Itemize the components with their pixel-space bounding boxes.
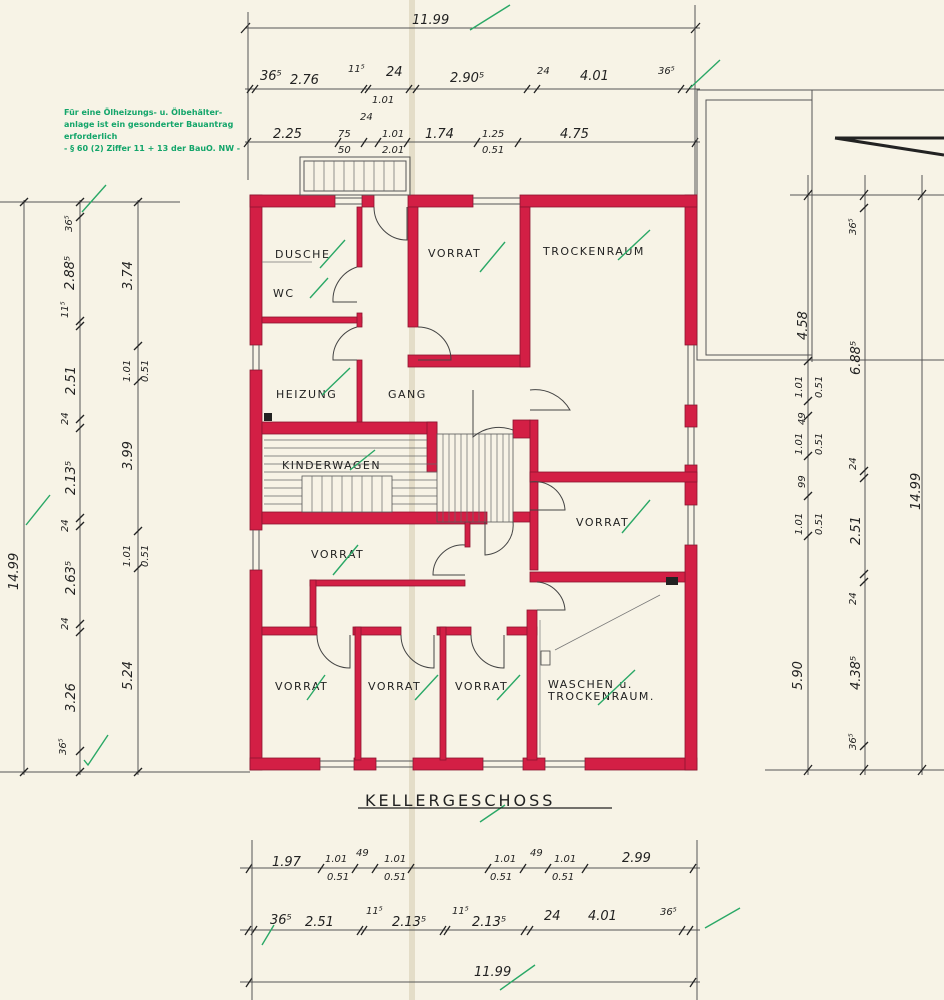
room-label-wc: WC bbox=[273, 287, 295, 300]
svg-text:36⁵: 36⁵ bbox=[64, 215, 75, 232]
svg-text:1.74: 1.74 bbox=[425, 127, 454, 142]
room-label-kinderwagen: KINDERWAGEN bbox=[282, 459, 381, 472]
svg-text:11⁵: 11⁵ bbox=[366, 906, 383, 917]
dim-left-overall: 14.99 bbox=[7, 553, 22, 590]
svg-text:24: 24 bbox=[848, 457, 859, 470]
svg-text:0.51: 0.51 bbox=[482, 145, 504, 156]
svg-text:0.51: 0.51 bbox=[140, 545, 151, 567]
svg-text:0.51: 0.51 bbox=[814, 376, 825, 398]
chimney-marker bbox=[264, 413, 272, 421]
svg-text:24: 24 bbox=[386, 65, 403, 80]
room-label-trockenraum: TROCKENRAUM bbox=[542, 245, 645, 258]
svg-text:2.90⁵: 2.90⁵ bbox=[450, 71, 484, 86]
room-label-vorrat: VORRAT bbox=[311, 548, 364, 561]
dim-top-overall: 11.99 bbox=[412, 13, 449, 28]
svg-text:4.01: 4.01 bbox=[588, 909, 617, 924]
svg-text:0.51: 0.51 bbox=[327, 872, 349, 883]
svg-text:1.01: 1.01 bbox=[794, 433, 805, 455]
svg-text:24: 24 bbox=[537, 66, 550, 77]
svg-text:2.13⁵: 2.13⁵ bbox=[392, 915, 426, 930]
svg-text:1.01: 1.01 bbox=[122, 360, 133, 382]
svg-text:0.51: 0.51 bbox=[384, 872, 406, 883]
svg-text:0.51: 0.51 bbox=[552, 872, 574, 883]
stamp-line: - § 60 (2) Ziffer 11 + 13 der BauO. NW - bbox=[64, 143, 244, 155]
svg-text:24: 24 bbox=[544, 909, 561, 924]
svg-text:1.01: 1.01 bbox=[554, 854, 576, 865]
title-kellergeschoss: KELLERGESCHOSS bbox=[365, 791, 555, 810]
stamp-line: anlage ist ein gesonderter Bauantrag bbox=[64, 119, 244, 131]
svg-text:4.58: 4.58 bbox=[796, 311, 811, 340]
svg-text:2.63⁵: 2.63⁵ bbox=[64, 561, 79, 595]
svg-text:11⁵: 11⁵ bbox=[60, 301, 71, 318]
svg-text:5.90: 5.90 bbox=[791, 661, 806, 690]
svg-text:2.76: 2.76 bbox=[290, 73, 319, 88]
svg-text:36⁵: 36⁵ bbox=[260, 69, 282, 84]
svg-text:2.99: 2.99 bbox=[622, 851, 651, 866]
svg-text:4.75: 4.75 bbox=[560, 127, 589, 142]
svg-text:50: 50 bbox=[338, 145, 351, 156]
chimney-marker bbox=[666, 577, 678, 585]
room-label-vorrat: VORRAT bbox=[576, 516, 629, 529]
svg-text:1.01: 1.01 bbox=[122, 545, 133, 567]
dim-right-overall: 14.99 bbox=[909, 473, 924, 510]
svg-text:49: 49 bbox=[797, 412, 808, 425]
stamp-line: erforderlich bbox=[64, 131, 244, 143]
svg-text:24: 24 bbox=[60, 617, 71, 630]
svg-text:3.26: 3.26 bbox=[64, 683, 79, 712]
svg-text:24: 24 bbox=[848, 592, 859, 605]
room-label-waschen-line2: TROCKENRAUM. bbox=[547, 690, 655, 703]
svg-text:24: 24 bbox=[360, 112, 373, 123]
svg-text:49: 49 bbox=[530, 848, 543, 859]
svg-text:2.51: 2.51 bbox=[64, 366, 79, 395]
svg-text:36⁵: 36⁵ bbox=[848, 733, 859, 750]
svg-text:49: 49 bbox=[356, 848, 369, 859]
svg-text:2.01: 2.01 bbox=[382, 145, 404, 156]
stamp-line: Für eine Ölheizungs- u. Ölbehälter- bbox=[64, 107, 244, 119]
svg-text:1.01: 1.01 bbox=[794, 376, 805, 398]
svg-text:2.51: 2.51 bbox=[849, 516, 864, 545]
room-label-vorrat: VORRAT bbox=[428, 247, 481, 260]
svg-text:3.99: 3.99 bbox=[121, 441, 136, 470]
svg-text:0.51: 0.51 bbox=[140, 360, 151, 382]
dim-bottom-overall: 11.99 bbox=[474, 965, 511, 980]
svg-text:4.38⁵: 4.38⁵ bbox=[849, 656, 864, 690]
svg-text:1.01: 1.01 bbox=[794, 513, 805, 535]
room-label-gang: GANG bbox=[388, 388, 427, 401]
svg-text:24: 24 bbox=[60, 519, 71, 532]
svg-text:3.74: 3.74 bbox=[121, 261, 136, 290]
svg-text:1.01: 1.01 bbox=[382, 129, 404, 140]
svg-text:2.13⁵: 2.13⁵ bbox=[472, 915, 506, 930]
svg-text:1.01: 1.01 bbox=[325, 854, 347, 865]
svg-text:99: 99 bbox=[797, 475, 808, 488]
svg-text:1.01: 1.01 bbox=[494, 854, 516, 865]
svg-text:5.24: 5.24 bbox=[121, 661, 136, 690]
svg-text:2.13⁵: 2.13⁵ bbox=[64, 461, 79, 495]
svg-text:11⁵: 11⁵ bbox=[348, 64, 365, 75]
svg-text:4.01: 4.01 bbox=[580, 69, 609, 84]
svg-text:36⁵: 36⁵ bbox=[658, 66, 675, 77]
svg-text:2.25: 2.25 bbox=[273, 127, 302, 142]
room-label-vorrat: VORRAT bbox=[368, 680, 421, 693]
room-label-vorrat: VORRAT bbox=[455, 680, 508, 693]
svg-text:36⁵: 36⁵ bbox=[58, 738, 69, 755]
approval-stamp: Für eine Ölheizungs- u. Ölbehälter- anla… bbox=[64, 107, 244, 155]
svg-text:0.51: 0.51 bbox=[814, 433, 825, 455]
svg-text:2.88⁵: 2.88⁵ bbox=[63, 256, 78, 290]
svg-text:6.88⁵: 6.88⁵ bbox=[849, 341, 864, 375]
svg-text:36⁵: 36⁵ bbox=[848, 218, 859, 235]
svg-text:0.51: 0.51 bbox=[814, 513, 825, 535]
svg-text:24: 24 bbox=[60, 412, 71, 425]
svg-text:1.01: 1.01 bbox=[384, 854, 406, 865]
svg-text:2.51: 2.51 bbox=[305, 915, 334, 930]
svg-text:75: 75 bbox=[338, 129, 351, 140]
svg-text:0.51: 0.51 bbox=[490, 872, 512, 883]
svg-text:1.25: 1.25 bbox=[482, 129, 504, 140]
svg-text:1.01: 1.01 bbox=[372, 95, 394, 106]
svg-text:36⁵: 36⁵ bbox=[660, 907, 677, 918]
svg-text:11⁵: 11⁵ bbox=[452, 906, 469, 917]
room-label-dusche: DUSCHE bbox=[275, 248, 330, 261]
svg-text:1.97: 1.97 bbox=[272, 855, 302, 870]
